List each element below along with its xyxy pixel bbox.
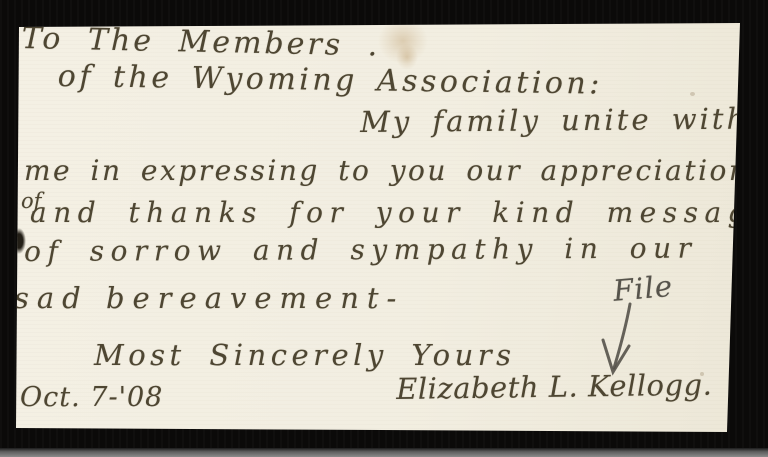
- body-line-4: of sorrow and sympathy in our: [24, 234, 698, 266]
- body-line-2: me in expressing to you our appreciation: [24, 157, 749, 185]
- photo-bottom-edge: [0, 448, 768, 457]
- signature-line: Elizabeth L. Kellogg.: [396, 371, 713, 404]
- file-annotation-label: File: [612, 272, 674, 306]
- body-line-1: My family unite with: [360, 105, 748, 137]
- photograph-of-note: To The Members . of the Wyoming Associat…: [0, 0, 768, 457]
- recipient-line-1: To The Members .: [21, 24, 380, 62]
- date-line: Oct. 7-'08: [20, 384, 163, 411]
- recipient-line-2: of the Wyoming Association:: [58, 62, 603, 100]
- closing-line: Most Sincerely Yours: [94, 341, 516, 370]
- body-line-3: and thanks for your kind message: [30, 199, 768, 227]
- note-card: To The Members . of the Wyoming Associat…: [0, 0, 768, 457]
- body-line-5: sad bereavement-: [14, 284, 404, 313]
- speck: [690, 92, 695, 96]
